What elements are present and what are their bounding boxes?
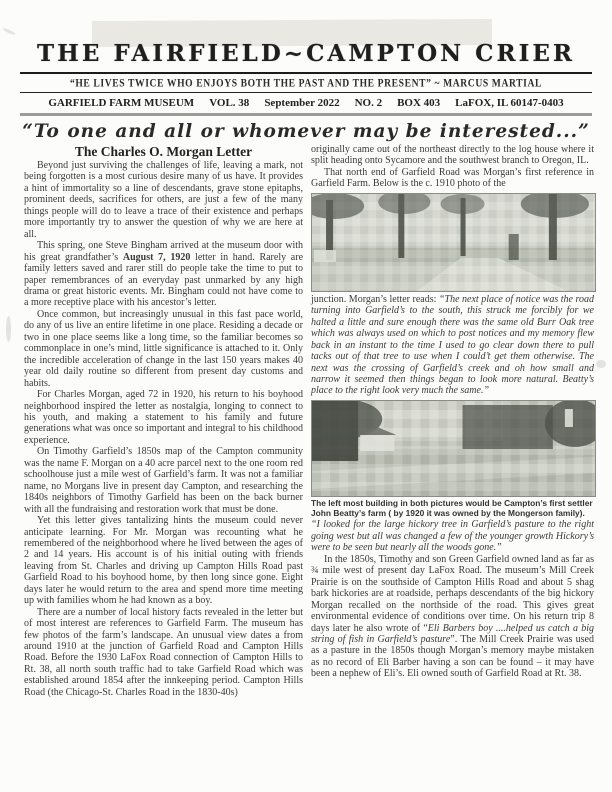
paragraph-continuation: originally came out of the northeast dir… xyxy=(311,144,594,167)
article-headline: “To one and all or whomever may be inter… xyxy=(0,121,612,142)
masthead-info-line: GARFIELD FARM MUSEUM VOL. 38 September 2… xyxy=(0,97,612,109)
junction-photo-1910 xyxy=(311,193,596,292)
letter-quote-paragraph: “I looked for the large hickory tree in … xyxy=(311,519,594,553)
paragraph: There are a number of local history fact… xyxy=(24,607,303,699)
paragraph-with-quote: junction. Morgan’s letter reads: “The ne… xyxy=(311,294,594,397)
issue-date: September 2022 xyxy=(264,97,339,109)
scan-artifact xyxy=(596,360,606,368)
scan-artifact xyxy=(6,316,11,342)
paragraph: Yet this letter gives tantalizing hints … xyxy=(24,515,303,607)
paragraph-text: junction. Morgan’s letter reads: xyxy=(311,294,439,305)
paragraph: That north end of Garfield Road was Morg… xyxy=(311,167,594,190)
masthead-rule-top xyxy=(20,72,592,74)
po-box: BOX 403 xyxy=(397,97,440,109)
masthead-rule-middle xyxy=(20,92,592,93)
paragraph-with-quote: In the 1850s, Timothy and son Green Garf… xyxy=(311,554,594,680)
right-column: originally came out of the northeast dir… xyxy=(311,144,594,698)
newsletter-title: THE FAIRFIELD~CAMPTON CRIER xyxy=(0,40,612,67)
newsletter-page: THE FAIRFIELD~CAMPTON CRIER “HE LIVES TW… xyxy=(0,0,612,792)
photo-caption: The left most building in both pictures … xyxy=(311,499,594,519)
city-zip: LaFOX, IL 60147-0403 xyxy=(455,97,563,109)
bold-date: August 7, 1920 xyxy=(123,252,190,263)
beatty-farm-photo xyxy=(311,400,596,497)
masthead-rule-bottom xyxy=(20,113,592,116)
paragraph: For Charles Morgan, aged 72 in 1920, his… xyxy=(24,389,303,446)
paragraph: On Timothy Garfield’s 1850s map of the C… xyxy=(24,446,303,515)
article-subhead: The Charles O. Morgan Letter xyxy=(24,144,303,159)
left-column: The Charles O. Morgan Letter Beyond just… xyxy=(24,144,303,698)
masthead-motto: “HE LIVES TWICE WHO ENJOYS BOTH THE PAST… xyxy=(0,77,612,90)
paragraph: This spring, one Steve Bingham arrived a… xyxy=(24,240,303,309)
article-body: The Charles O. Morgan Letter Beyond just… xyxy=(0,142,612,698)
paragraph: Beyond just surviving the challenges of … xyxy=(24,160,303,240)
letter-quote: “The next place of notice was the road t… xyxy=(311,294,594,397)
volume-number: VOL. 38 xyxy=(209,97,249,109)
issue-number: NO. 2 xyxy=(355,97,383,109)
museum-name: GARFIELD FARM MUSEUM xyxy=(48,97,194,109)
masthead: THE FAIRFIELD~CAMPTON CRIER “HE LIVES TW… xyxy=(0,0,612,116)
paragraph: Once common, but increasingly unusual in… xyxy=(24,309,303,389)
